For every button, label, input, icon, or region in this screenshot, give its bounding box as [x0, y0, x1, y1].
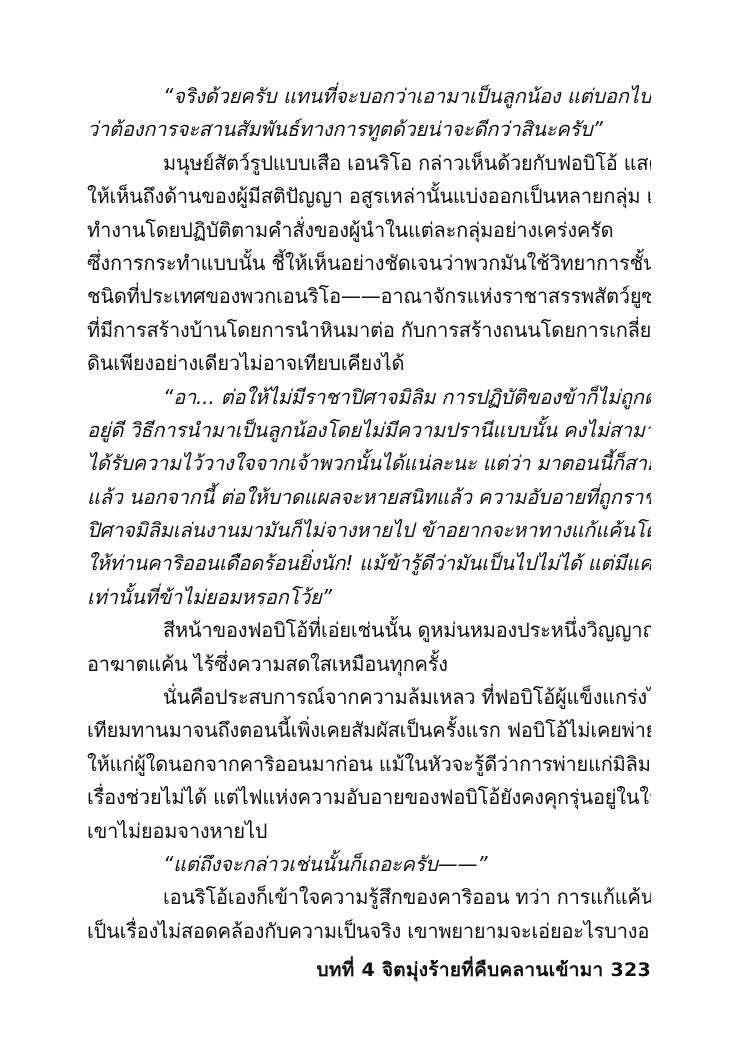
text-line: ได้รับความไว้วางใจจากเจ้าพวกนั้นได้แน่ละ… — [87, 447, 651, 480]
body-text: “จริงด้วยครับ แทนที่จะบอกว่าเอามาเป็นลูก… — [87, 80, 651, 948]
text-line: ชนิดที่ประเทศของพวกเอนริโอ——อาณาจักรแห่ง… — [87, 280, 651, 313]
text-line: เป็นเรื่องไม่สอดคล้องกับความเป็นจริง เขา… — [87, 915, 651, 948]
text-line: อยู่ดี วิธีการนำมาเป็นลูกน้องโดยไม่มีควา… — [87, 414, 651, 447]
text-line: “จริงด้วยครับ แทนที่จะบอกว่าเอามาเป็นลูก… — [87, 80, 651, 113]
text-line: ซึ่งการกระทำแบบนั้น ชี้ให้เห็นอย่างชัดเจ… — [87, 247, 651, 280]
text-line: เรื่องช่วยไม่ได้ แต่ไฟแห่งความอับอายของฟ… — [87, 781, 651, 814]
text-line: เท่านั้นที่ข้าไม่ยอมหรอกโว้ย” — [87, 581, 651, 614]
page-footer: บทที่ 4 จิตมุ่งร้ายที่คืบคลานเข้ามา 323 — [317, 955, 651, 985]
text-line: ดินเพียงอย่างเดียวไม่อาจเทียบเคียงได้ — [87, 347, 651, 380]
text-line: ทำงานโดยปฏิบัติตามคำสั่งของผู้นำในแต่ละก… — [87, 214, 651, 247]
text-line: ให้แก่ผู้ใดนอกจากคาริออนมาก่อน แม้ในหัวจ… — [87, 748, 651, 781]
text-line: อาฆาตแค้น ไร้ซึ่งความสดใสเหมือนทุกครั้ง — [87, 648, 651, 681]
text-line: “แต่ถึงจะกล่าวเช่นนั้นก็เถอะครับ——” — [87, 848, 651, 881]
chapter-title: บทที่ 4 จิตมุ่งร้ายที่คืบคลานเข้ามา — [317, 959, 604, 981]
book-page: “จริงด้วยครับ แทนที่จะบอกว่าเอามาเป็นลูก… — [0, 0, 738, 1051]
text-line: สีหน้าของฟอบิโอ้ที่เอ่ยเช่นนั้น ดูหม่นหม… — [87, 614, 651, 647]
text-line: เอนริโอ้เองก็เข้าใจความรู้สึกของคาริออน … — [87, 881, 651, 914]
text-line: เขาไม่ยอมจางหายไป — [87, 815, 651, 848]
text-line: ให้ท่านคาริออนเดือดร้อนยิ่งนัก! แม้ข้ารู… — [87, 547, 651, 580]
text-line: ให้เห็นถึงด้านของผู้มีสติปัญญา อสูรเหล่า… — [87, 180, 651, 213]
text-line: “อา... ต่อให้ไม่มีราชาปิศาจมิลิม การปฏิบ… — [87, 381, 651, 414]
text-line: นั่นคือประสบการณ์จากความล้มเหลว ที่ฟอบิโ… — [87, 681, 651, 714]
text-line: ที่มีการสร้างบ้านโดยการนำหินมาต่อ กับการ… — [87, 314, 651, 347]
text-line: ปิศาจมิลิมเล่นงานมามันก็ไม่จางหายไป ข้าอ… — [87, 514, 651, 547]
text-line: มนุษย์สัตว์รูปแบบเสือ เอนริโอ กล่าวเห็นด… — [87, 147, 651, 180]
text-line: ว่าต้องการจะสานสัมพันธ์ทางการทูตด้วยน่าจ… — [87, 113, 651, 146]
text-line: แล้ว นอกจากนี้ ต่อให้บาดแผลจะหายสนิทแล้ว… — [87, 481, 651, 514]
page-number: 323 — [610, 959, 651, 981]
text-line: เทียมทานมาจนถึงตอนนี้เพิ่งเคยสัมผัสเป็นค… — [87, 714, 651, 747]
